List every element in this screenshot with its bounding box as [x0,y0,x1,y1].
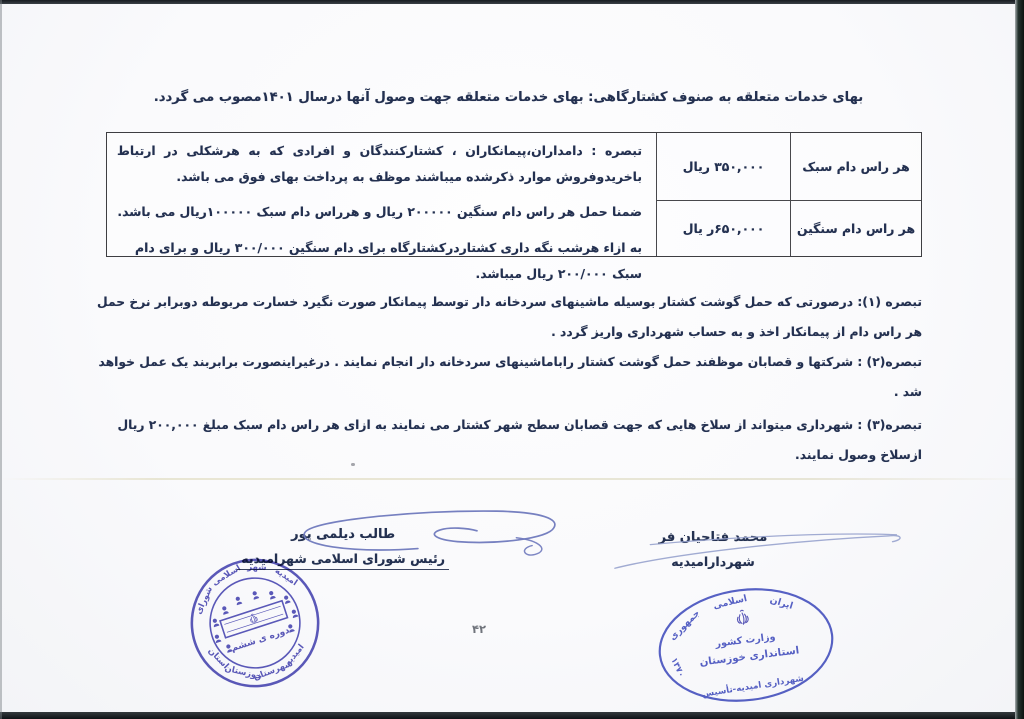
governorate-label: استانداری خوزستان [699,644,800,668]
municipality-stamp-word: ایران [769,594,795,611]
table-cell-item-light: هر راس دام سبک [790,133,921,201]
table-note-p3: به ازاء هرشب نگه داری کشتاردرکشتارگاه بر… [117,235,642,287]
scanned-document: بهای خدمات متعلقه به صنوف کشتارگاهی: بها… [0,0,1024,719]
person-figure-icon [234,596,242,605]
scanner-edge-right [1015,0,1024,719]
table-note-p1: تبصره : دامداران،پیمانکاران ، کشتارکنندگ… [117,138,642,190]
note-paragraph-1: تبصره (۱): درصورتی که حمل گوشت کشتار بوس… [97,287,922,347]
scanner-edge-top [0,0,1024,4]
person-figure-icon [268,590,276,599]
iran-emblem-icon [736,610,748,625]
municipality-stamp-text: جمهوری اسلامی ایران وزارت کشور استانداری… [662,587,805,703]
scanner-edge-bottom [0,712,1024,719]
council-stamp-word: شهر [246,561,267,573]
table-cell-notes: تبصره : دامداران،پیمانکاران ، کشتارکنندگ… [107,133,656,256]
person-figure-icon [283,595,291,604]
council-chief-name: طالب دیلمی پور [237,527,449,542]
scan-fold-line [2,478,1015,480]
founded-year-label: ۱۳۷۰ [669,656,687,679]
council-chief-signature-tail [516,538,541,555]
scanner-edge-left [0,0,2,719]
page-number: ۴۲ [472,622,486,636]
person-figure-icon [221,605,229,614]
council-stamp: شورای اسلامی شهر امیدیه استان خوزستان شه… [173,544,337,702]
fees-table: هر راس دام سبک ۳۵۰,۰۰۰ ریال تبصره : دامد… [106,132,922,257]
person-figure-icon [291,609,299,618]
mayor-signature-block: محمد فتاحیان فر شهردارامیدیه [643,530,783,570]
municipality-stamp: جمهوری اسلامی ایران وزارت کشور استانداری… [641,570,851,719]
note-paragraph-2: تبصره(۲) : شرکتها و قصابان موظفند حمل گو… [97,347,922,407]
municipality-stamp-word: جمهوری [667,608,702,643]
mayor-title: شهردارامیدیه [671,554,754,569]
municipality-stamp-word: اسلامی [712,593,748,611]
person-figure-icon [251,590,259,599]
city-line-label: شهرداری امیدیه-تأسیس [701,672,804,700]
table-cell-item-heavy: هر راس دام سنگین [790,201,921,256]
document-page: بهای خدمات متعلقه به صنوف کشتارگاهی: بها… [2,4,1015,712]
table-cell-price-light: ۳۵۰,۰۰۰ ریال [656,133,790,201]
scan-speck [351,463,355,466]
page-title: بهای خدمات متعلقه به صنوف کشتارگاهی: بها… [2,90,1015,105]
notes-section: تبصره (۱): درصورتی که حمل گوشت کشتار بوس… [97,287,922,470]
table-cell-price-heavy: ۶۵۰,۰۰۰ر یال [656,201,790,256]
mayor-name: محمد فتاحیان فر [643,530,783,545]
table-note-p2: ضمنا حمل هر راس دام سنگین ۲۰۰۰۰۰ ریال و … [117,199,642,225]
person-figure-icon [211,618,219,627]
ministry-label: وزارت کشور [714,631,776,649]
note-paragraph-3: تبصره(۳) : شهرداری میتواند از سلاخ هایی … [97,410,922,470]
